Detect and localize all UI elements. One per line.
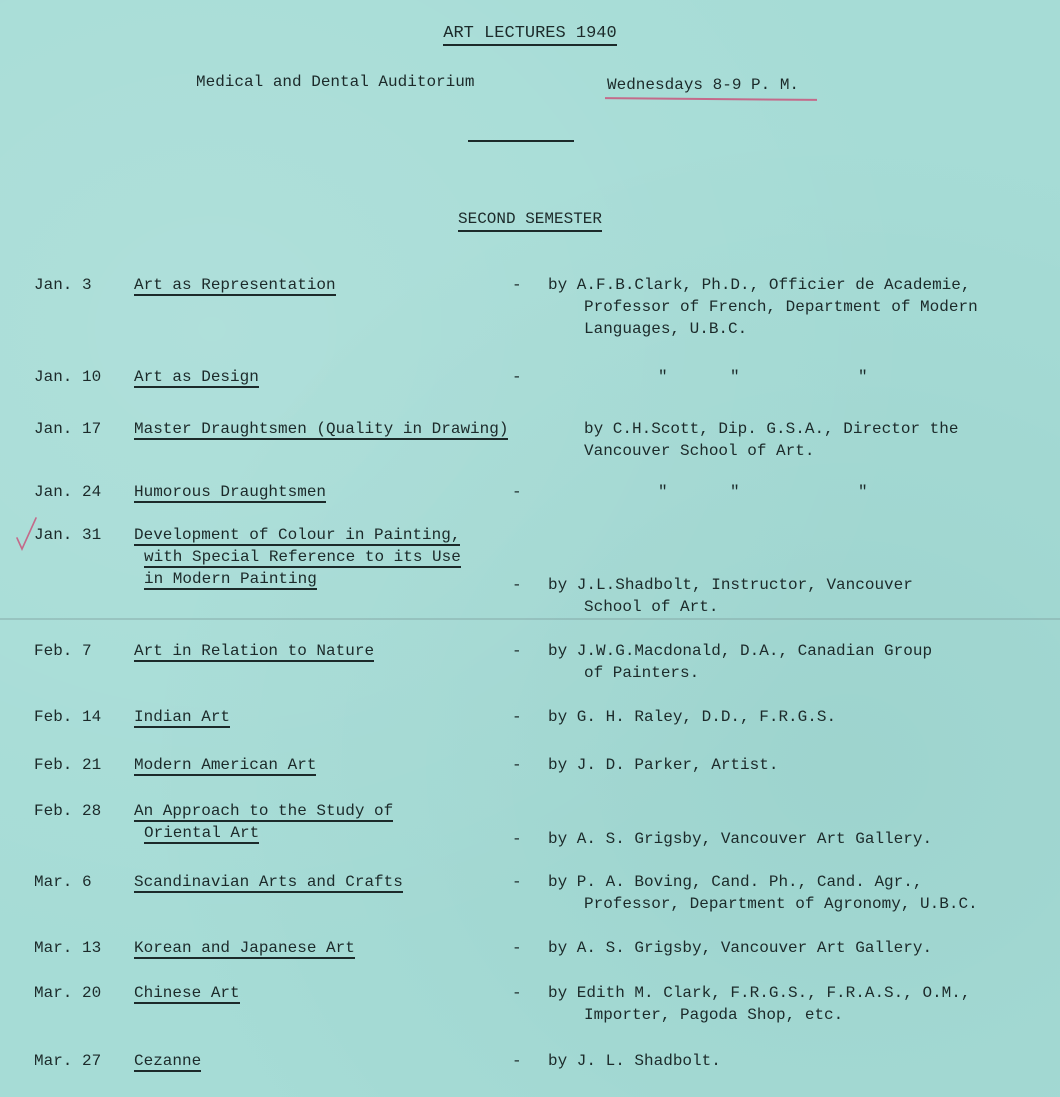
lecture-date: Jan. 17: [34, 418, 101, 440]
paper-fold: [0, 618, 1060, 620]
ditto-mark: ": [730, 481, 740, 503]
lecture-date: Jan. 3: [34, 274, 92, 296]
lecture-date: Jan. 10: [34, 366, 101, 388]
lecture-date: Jan. 24: [34, 481, 101, 503]
lecture-topic: Modern American Art: [134, 754, 316, 776]
document-title: ART LECTURES 1940: [0, 24, 1060, 43]
dash-separator: -: [512, 574, 522, 596]
lecture-topic: Art as Representation: [134, 274, 336, 296]
lecture-speaker: by G. H. Raley, D.D., F.R.G.S.: [548, 706, 836, 728]
lecture-topic: Cezanne: [134, 1050, 201, 1072]
lecture-topic: An Approach to the Study ofOriental Art: [134, 800, 393, 844]
lecture-speaker: by A.F.B.Clark, Ph.D., Officier de Acade…: [548, 274, 978, 340]
lecture-topic: Master Draughtsmen (Quality in Drawing): [134, 418, 508, 440]
lecture-date: Jan. 31: [34, 524, 101, 546]
lecture-speaker: by A. S. Grigsby, Vancouver Art Gallery.: [548, 937, 932, 959]
lecture-speaker: by P. A. Boving, Cand. Ph., Cand. Agr.,P…: [548, 871, 978, 915]
dash-separator: -: [512, 366, 522, 388]
dash-separator: -: [512, 274, 522, 296]
semester-heading: SECOND SEMESTER: [0, 210, 1060, 228]
ditto-mark: ": [658, 366, 668, 388]
dash-separator: -: [512, 754, 522, 776]
dash-separator: -: [512, 937, 522, 959]
lecture-date: Mar. 27: [34, 1050, 101, 1072]
lecture-speaker: by J.W.G.Macdonald, D.A., Canadian Group…: [548, 640, 932, 684]
lecture-speaker: by J. D. Parker, Artist.: [548, 754, 778, 776]
lecture-topic: Korean and Japanese Art: [134, 937, 355, 959]
ditto-mark: ": [858, 481, 868, 503]
lecture-speaker: by A. S. Grigsby, Vancouver Art Gallery.: [548, 828, 932, 850]
lecture-date: Mar. 13: [34, 937, 101, 959]
lecture-topic: Development of Colour in Painting,with S…: [134, 524, 461, 590]
lecture-topic: Chinese Art: [134, 982, 240, 1004]
lecture-topic: Indian Art: [134, 706, 230, 728]
dash-separator: -: [512, 640, 522, 662]
dash-separator: -: [512, 982, 522, 1004]
lecture-topic: Art as Design: [134, 366, 259, 388]
lecture-speaker: by Edith M. Clark, F.R.G.S., F.R.A.S., O…: [548, 982, 970, 1026]
dash-separator: -: [512, 706, 522, 728]
ditto-mark: ": [658, 481, 668, 503]
lecture-speaker: by J. L. Shadbolt.: [548, 1050, 721, 1072]
lecture-date: Feb. 14: [34, 706, 101, 728]
lecture-date: Mar. 6: [34, 871, 92, 893]
lecture-date: Mar. 20: [34, 982, 101, 1004]
lecture-date: Feb. 28: [34, 800, 101, 822]
divider-rule: [468, 140, 574, 142]
ditto-mark: ": [730, 366, 740, 388]
venue: Medical and Dental Auditorium: [196, 73, 474, 91]
lecture-time: Wednesdays 8-9 P. M.: [607, 76, 799, 94]
lecture-date: Feb. 7: [34, 640, 92, 662]
lecture-date: Feb. 21: [34, 754, 101, 776]
lecture-speaker: by C.H.Scott, Dip. G.S.A., Director theV…: [584, 418, 958, 462]
lecture-topic: Scandinavian Arts and Crafts: [134, 871, 403, 893]
lecture-speaker: by J.L.Shadbolt, Instructor, VancouverSc…: [548, 574, 913, 618]
lecture-topic: Art in Relation to Nature: [134, 640, 374, 662]
handwritten-underline: [605, 97, 817, 101]
dash-separator: -: [512, 1050, 522, 1072]
lecture-topic: Humorous Draughtsmen: [134, 481, 326, 503]
ditto-mark: ": [858, 366, 868, 388]
dash-separator: -: [512, 481, 522, 503]
dash-separator: -: [512, 871, 522, 893]
dash-separator: -: [512, 828, 522, 850]
